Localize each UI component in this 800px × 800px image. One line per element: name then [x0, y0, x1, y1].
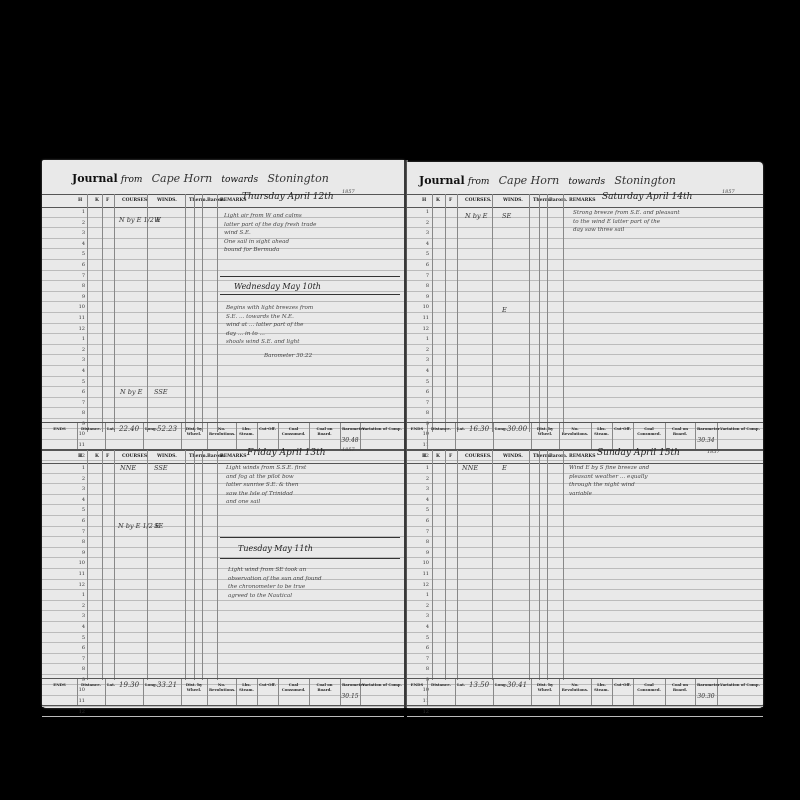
hour-number: 12 [419, 326, 429, 332]
entry-divider [220, 558, 400, 559]
column-label: Therm. [189, 198, 207, 203]
hour-number: 8 [419, 283, 429, 289]
hour-number: 6 [75, 389, 85, 395]
column-rule [547, 194, 548, 432]
hour-row: 1 [407, 590, 763, 601]
hour-number: 2 [75, 603, 85, 609]
remarks-text: Light winds from S.S.E. first and fog at… [226, 464, 306, 507]
column-label: ENDS [409, 682, 425, 687]
summary-cell: Barometer.30.30 [695, 679, 718, 705]
column-rule [87, 450, 88, 680]
hour-number: 2 [75, 220, 85, 226]
hour-row: 7 [407, 654, 763, 665]
column-label: Variation of Comp. [719, 682, 761, 687]
column-rule [457, 194, 458, 432]
hour-number: 2 [419, 347, 429, 353]
summary-cell: Distance. [427, 423, 456, 449]
hour-row: 1 [42, 463, 404, 474]
hour-row: 11 [42, 569, 404, 580]
column-label: ENDS [44, 682, 75, 687]
day-heading: Sunday April 15th [597, 448, 680, 458]
hour-row: 6 [407, 387, 763, 398]
hour-row: 11 [42, 313, 404, 324]
day-heading: Friday April 13th [247, 448, 326, 458]
hour-row: 6 [42, 643, 404, 654]
column-label: K [95, 198, 99, 203]
column-label: Distance. [429, 682, 453, 687]
column-rule [217, 450, 218, 680]
summary-cell: Cut-Off. [257, 423, 279, 449]
column-label: Coal on Board. [667, 426, 693, 436]
column-label: K [95, 454, 99, 459]
hour-number: 2 [419, 220, 429, 226]
summary-cell: ENDS [42, 679, 78, 705]
column-rule [217, 194, 218, 432]
summary-cell: ENDS [407, 423, 428, 449]
column-label: WINDS. [503, 198, 523, 203]
entry-divider [220, 294, 400, 295]
hour-number: 8 [75, 539, 85, 545]
column-rule [114, 194, 115, 432]
summary-cell: Coal on Board. [665, 423, 696, 449]
towards-place: Stonington [614, 174, 675, 187]
hour-row: 2 [42, 474, 404, 485]
column-label: Barometer. [342, 682, 358, 687]
column-rule [194, 194, 195, 432]
hour-number: 1 [419, 336, 429, 342]
hour-row: 6 [42, 516, 404, 527]
hour-row: 4 [42, 622, 404, 633]
hour-number: 7 [75, 529, 85, 535]
summary-cell: Cut-Off. [257, 679, 279, 705]
summary-cell: No. Revolutions. [559, 679, 592, 705]
course-entry: NNE [120, 464, 136, 474]
summary-cell: Distance. [427, 679, 456, 705]
hour-number: 2 [75, 347, 85, 353]
latitude-value: 16.30 [469, 425, 489, 433]
hour-number: 4 [75, 624, 85, 630]
column-label: H [78, 454, 82, 459]
column-label: Therm. [189, 454, 207, 459]
page-title: Journal from Cape Horn towards Stoningto… [419, 174, 682, 187]
hour-row: 7 [407, 527, 763, 538]
column-rule [185, 450, 186, 680]
summary-cell: Lat.16.30 [455, 423, 494, 449]
wind-entry: W [154, 216, 161, 226]
column-rule [185, 194, 186, 432]
hour-row: 4 [42, 239, 404, 250]
hour-number: 9 [75, 550, 85, 556]
column-label: Barom. [549, 198, 567, 203]
summary-cell: Long.30.00 [493, 423, 532, 449]
hour-row: 8 [42, 664, 404, 675]
column-rule [445, 450, 446, 680]
column-label: Cut-Off. [614, 682, 631, 687]
hour-number: 10 [419, 304, 429, 310]
day-heading: Thursday April 12th [242, 192, 334, 202]
wind-entry: E [502, 464, 507, 474]
hour-row: 6 [42, 387, 404, 398]
hour-row: 5 [42, 633, 404, 644]
hour-number: 4 [419, 368, 429, 374]
journal-label: Journal [419, 174, 465, 187]
hour-row: 4 [407, 622, 763, 633]
daily-summary-footer: ENDS Distance. Lat.19.30 Long.33.21 Dist… [42, 678, 404, 706]
hour-row: 10 [407, 558, 763, 569]
barometer-value: 30.34 [695, 437, 717, 444]
summary-cell: Lbs. Steam. [591, 423, 613, 449]
column-rule [202, 194, 203, 432]
column-label: ENDS [409, 426, 425, 431]
column-label: Coal on Board. [311, 426, 338, 436]
column-label: No. Revolutions. [209, 426, 234, 436]
column-label: K [436, 454, 440, 459]
hour-row: 12 [42, 580, 404, 591]
summary-cell: Coal Consumed. [278, 679, 310, 705]
summary-cell: Barometer.30.15 [340, 679, 361, 705]
hour-row: 4 [407, 366, 763, 377]
hour-row: 1 [42, 590, 404, 601]
column-label: ENDS [44, 426, 75, 431]
hour-row: 8 [407, 408, 763, 419]
hour-number: 3 [419, 486, 429, 492]
hour-number: 12 [419, 709, 429, 715]
column-label: WINDS. [503, 454, 523, 459]
hour-number: 1 [75, 465, 85, 471]
hour-number: 5 [75, 251, 85, 257]
summary-cell: Dist. by Wheel. [531, 423, 560, 449]
hour-number: 3 [75, 486, 85, 492]
summary-cell: Variation of Comp. [717, 679, 763, 705]
hour-number: 1 [419, 465, 429, 471]
column-label: H [422, 454, 426, 459]
hour-number: 1 [75, 209, 85, 215]
summary-cell: Long.30.41 [493, 679, 532, 705]
column-label: Lbs. Steam. [238, 682, 255, 692]
column-label: Coal Consumed. [635, 682, 663, 692]
summary-cell: No. Revolutions. [207, 423, 237, 449]
day-heading: Saturday April 14th [602, 192, 692, 202]
hour-number: 5 [419, 635, 429, 641]
column-label: Cut-Off. [259, 426, 276, 431]
hour-row: 10 [42, 558, 404, 569]
log-section-upper: HKF COURSES.WINDS. Therm.Barom.REMARKS S… [407, 194, 763, 432]
barometer-note: Barometer 30.22 [264, 352, 312, 361]
column-label: Cut-Off. [614, 426, 631, 431]
column-label: REMARKS [569, 454, 596, 459]
hour-row: 7 [42, 527, 404, 538]
remarks-text: Strong breeze from S.E. and pleasant to … [573, 209, 680, 235]
hour-row: 12 [42, 324, 404, 335]
course-entry: NNE [462, 464, 478, 474]
column-rule [102, 450, 103, 680]
hour-number: 7 [419, 529, 429, 535]
hour-row: 8 [407, 281, 763, 292]
hour-number: 3 [75, 230, 85, 236]
hour-row: 3 [407, 355, 763, 366]
hour-number: 4 [419, 241, 429, 247]
hour-number: 10 [75, 304, 85, 310]
column-label: Lbs. Steam. [593, 682, 610, 692]
column-label: Dist. by Wheel. [183, 682, 205, 692]
summary-cell: Distance. [77, 679, 106, 705]
column-label: F [449, 454, 452, 459]
column-label: H [422, 198, 426, 203]
column-label: WINDS. [157, 454, 177, 459]
column-label: H [78, 198, 82, 203]
hour-row: 9 [42, 548, 404, 559]
column-rule [529, 194, 530, 432]
wind-entry: SSE [154, 464, 168, 474]
hour-number: 8 [419, 410, 429, 416]
hour-row: 3 [407, 611, 763, 622]
column-label: Barometer. [697, 426, 715, 431]
hour-row: 2 [42, 218, 404, 229]
column-label: WINDS. [157, 198, 177, 203]
column-rule [202, 450, 203, 680]
column-rule [147, 194, 148, 432]
summary-cell: Coal on Board. [309, 679, 341, 705]
hour-number: 3 [419, 230, 429, 236]
hour-row: 3 [42, 355, 404, 366]
column-label: Dist. by Wheel. [533, 682, 557, 692]
hour-row: 8 [407, 537, 763, 548]
hour-row: 10 [42, 302, 404, 313]
hour-number: 7 [75, 400, 85, 406]
hour-number: 5 [419, 507, 429, 513]
column-label: COURSES. [465, 198, 492, 203]
column-rule [114, 450, 115, 680]
summary-cell: Coal on Board. [665, 679, 696, 705]
summary-cell: Coal Consumed. [278, 423, 310, 449]
column-label: Variation of Comp. [362, 426, 402, 431]
wind-entry: SE [154, 522, 163, 532]
hour-row: 1 [42, 334, 404, 345]
hour-number: 3 [75, 357, 85, 363]
column-rule [432, 450, 433, 680]
column-label: F [449, 198, 452, 203]
hour-row: 4 [407, 239, 763, 250]
column-label: Distance. [429, 426, 453, 431]
summary-cell: Coal Consumed. [633, 679, 666, 705]
summary-cell: Lbs. Steam. [591, 679, 613, 705]
column-label: COURSES. [122, 198, 149, 203]
column-label: Coal on Board. [311, 682, 338, 692]
entry-divider [220, 537, 400, 538]
hour-row: 12 [42, 707, 404, 718]
hour-number: 5 [419, 251, 429, 257]
summary-cell: Dist. by Wheel. [181, 423, 208, 449]
column-rule [529, 450, 530, 680]
column-label: No. Revolutions. [561, 682, 589, 692]
hour-row: 6 [407, 643, 763, 654]
hour-row: 8 [42, 408, 404, 419]
hour-number: 8 [419, 666, 429, 672]
hour-number: 12 [75, 326, 85, 332]
hour-number: 7 [419, 273, 429, 279]
hour-number: 3 [419, 357, 429, 363]
hour-number: 6 [419, 262, 429, 268]
column-label: Coal on Board. [667, 682, 693, 692]
hour-number: 10 [419, 560, 429, 566]
course-entry: N by E [120, 388, 142, 398]
hour-number: 6 [419, 645, 429, 651]
remarks-text-secondary: Begins with light breezes from S.E. ... … [226, 304, 313, 347]
hour-number: 2 [419, 603, 429, 609]
column-label: Cut-Off. [259, 682, 276, 687]
hour-row: 8 [42, 281, 404, 292]
daily-summary-footer: ENDS Distance. Lat.16.30 Long.30.00 Dist… [407, 422, 763, 450]
hour-row: 9 [407, 548, 763, 559]
summary-cell: Lat.19.30 [105, 679, 144, 705]
hour-number: 6 [75, 518, 85, 524]
hour-number: 9 [419, 294, 429, 300]
column-header: HKF COURSES.WINDS. Therm.Barom.REMARKS [407, 194, 763, 208]
summary-cell: Coal Consumed. [633, 423, 666, 449]
column-label: Barometer. [342, 426, 358, 431]
hour-number: 4 [75, 497, 85, 503]
from-place: Cape Horn [152, 172, 213, 185]
column-rule [87, 194, 88, 432]
hour-row: 5 [407, 633, 763, 644]
longitude-value: 30.41 [507, 681, 527, 689]
hour-number: 8 [75, 666, 85, 672]
hour-row: 2 [42, 345, 404, 356]
summary-cell: Variation of Comp. [717, 423, 763, 449]
summary-cell: Long.52.23 [143, 423, 182, 449]
hour-number: 11 [75, 571, 85, 577]
hour-number: 11 [75, 315, 85, 321]
hour-row: 2 [407, 345, 763, 356]
hour-row: 10 [407, 302, 763, 313]
hour-number: 10 [75, 560, 85, 566]
hour-row: 8 [42, 537, 404, 548]
from-place: Cape Horn [499, 174, 560, 187]
hour-row: 6 [407, 260, 763, 271]
daily-summary-footer: ENDS Distance. Lat.13.50 Long.30.41 Dist… [407, 678, 763, 706]
summary-cell: Dist. by Wheel. [531, 679, 560, 705]
column-label: Variation of Comp. [719, 426, 761, 431]
summary-cell: Variation of Comp. [360, 423, 404, 449]
column-rule [457, 450, 458, 680]
column-rule [547, 450, 548, 680]
hour-number: 7 [419, 656, 429, 662]
column-label: REMARKS [569, 198, 596, 203]
left-page: Journal from Cape Horn towards Stoningto… [42, 160, 404, 708]
hour-number: 1 [75, 336, 85, 342]
column-label: No. Revolutions. [561, 426, 589, 436]
summary-cell: No. Revolutions. [559, 423, 592, 449]
hour-row: 12 [407, 707, 763, 718]
hour-row: 8 [407, 664, 763, 675]
hour-number: 6 [419, 389, 429, 395]
hour-number: 1 [75, 592, 85, 598]
hour-row: 3 [42, 484, 404, 495]
hour-number: 2 [419, 476, 429, 482]
summary-cell: No. Revolutions. [207, 679, 237, 705]
column-label: F [106, 198, 109, 203]
summary-cell: Lbs. Steam. [236, 679, 258, 705]
summary-cell: Variation of Comp. [360, 679, 404, 705]
column-rule [492, 194, 493, 432]
hour-number: 6 [75, 262, 85, 268]
hour-row: 1 [42, 207, 404, 218]
column-rule [194, 450, 195, 680]
column-rule [539, 450, 540, 680]
hour-row: 2 [407, 601, 763, 612]
page-title: Journal from Cape Horn towards Stoningto… [72, 172, 335, 185]
summary-cell: ENDS [42, 423, 78, 449]
hour-number: 12 [75, 582, 85, 588]
latitude-value: 13.50 [469, 681, 489, 689]
column-rule [563, 450, 564, 680]
barometer-value: 30.48 [340, 437, 360, 444]
course-entry: N by E [465, 212, 487, 222]
hour-number: 3 [419, 613, 429, 619]
hour-number: 3 [75, 613, 85, 619]
hour-row: 1 [407, 334, 763, 345]
longitude-value: 33.21 [157, 681, 177, 689]
hour-row: 11 [407, 313, 763, 324]
hour-number: 6 [419, 518, 429, 524]
summary-cell: Long.33.21 [143, 679, 182, 705]
hour-number: 8 [75, 410, 85, 416]
column-label: Distance. [79, 426, 103, 431]
hour-row: 5 [42, 505, 404, 516]
hour-number: 4 [75, 241, 85, 247]
hour-number: 7 [419, 400, 429, 406]
summary-cell: Lat.22.40 [105, 423, 144, 449]
hour-number: 2 [75, 476, 85, 482]
hour-row: 5 [407, 249, 763, 260]
hour-number: 8 [419, 539, 429, 545]
remarks-text: Light air from W and calms latter part o… [224, 212, 316, 255]
wind-entry: SSE [154, 388, 168, 398]
longitude-value: 52.23 [157, 425, 177, 433]
summary-cell: Lat.13.50 [455, 679, 494, 705]
towards-place: Stonington [267, 172, 328, 185]
hour-row: 2 [42, 601, 404, 612]
column-label: Variation of Comp. [362, 682, 402, 687]
hour-number: 5 [75, 507, 85, 513]
wind-entry: E [502, 306, 507, 316]
log-section-upper: HKF COURSES.WINDS. Therm.Barom.REMARKS T… [42, 194, 404, 432]
hour-row: 5 [407, 377, 763, 388]
hour-row: 4 [42, 495, 404, 506]
hour-row: 9 [407, 292, 763, 303]
barometer-value: 30.15 [340, 693, 360, 700]
hour-row: 3 [42, 228, 404, 239]
remarks-text-secondary: Light wind from SE took an observation o… [228, 566, 322, 600]
log-section-lower: HKF COURSES.WINDS. Therm.Barom.REMARKS F… [42, 450, 404, 680]
column-rule [563, 194, 564, 432]
longitude-value: 30.00 [507, 425, 527, 433]
hour-number: 5 [75, 635, 85, 641]
hour-row: 7 [407, 398, 763, 409]
summary-cell: Dist. by Wheel. [181, 679, 208, 705]
hour-row: 5 [407, 505, 763, 516]
hour-number: 1 [419, 209, 429, 215]
hour-row: 3 [42, 611, 404, 622]
column-label: F [106, 454, 109, 459]
latitude-value: 19.30 [119, 681, 139, 689]
log-section-lower: HKF COURSES.WINDS. Therm.Barom.REMARKS S… [407, 450, 763, 680]
day-heading-secondary: Wednesday May 10th [234, 282, 321, 291]
summary-cell: Distance. [77, 423, 106, 449]
hour-row: 4 [42, 366, 404, 377]
latitude-value: 22.40 [119, 425, 139, 433]
column-label: Barom. [549, 454, 567, 459]
